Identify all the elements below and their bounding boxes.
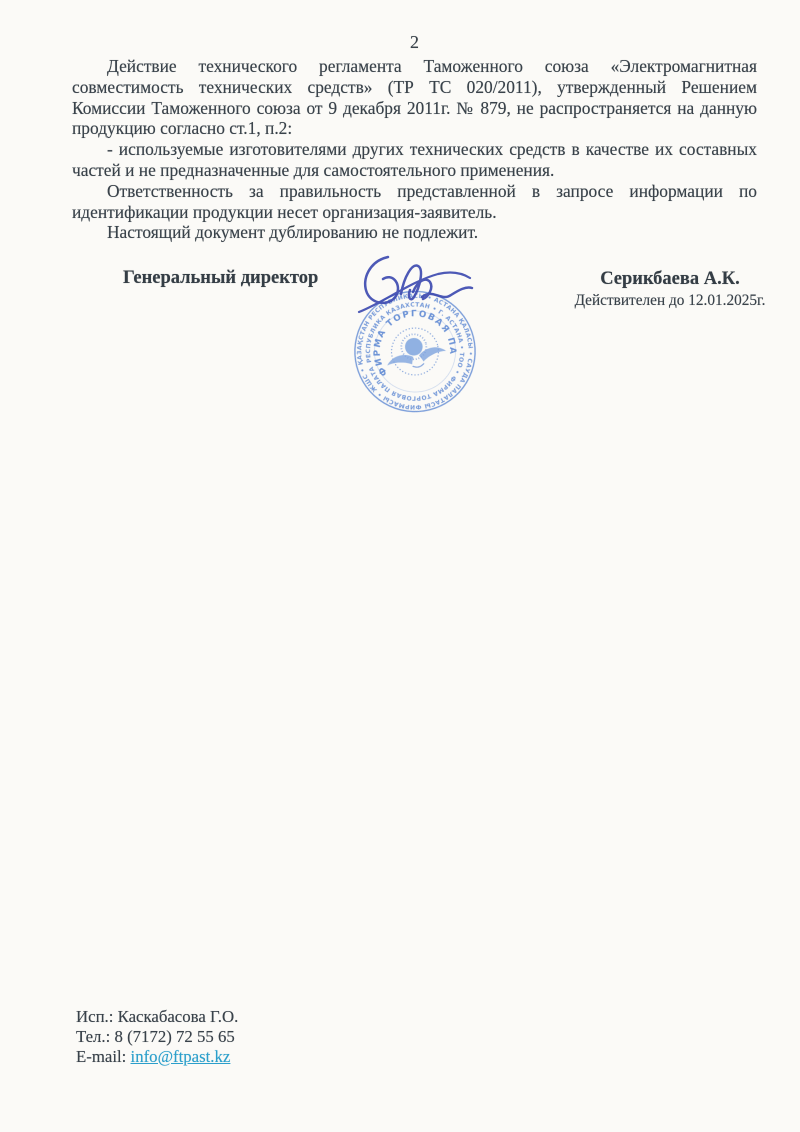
executor-line: Исп.: Каскабасова Г.О. — [76, 1007, 238, 1027]
document-body: 2 Действие технического регламента Тамож… — [72, 30, 757, 243]
page-number: 2 — [72, 30, 757, 54]
paragraph-list-item: - используемые изготовителями других тех… — [72, 139, 757, 181]
email-label: E-mail: — [76, 1047, 126, 1066]
handwritten-signature-icon — [356, 252, 474, 318]
validity-note: Действителен до 12.01.2025г. — [560, 292, 780, 310]
signer-title: Генеральный директор — [123, 268, 318, 289]
email-link[interactable]: info@ftpast.kz — [131, 1047, 231, 1066]
footer-contacts: Исп.: Каскабасова Г.О. Тел.: 8 (7172) 72… — [76, 1007, 238, 1066]
phone-line: Тел.: 8 (7172) 72 55 65 — [76, 1027, 238, 1047]
signer-name: Серикбаева А.К. — [560, 269, 780, 290]
paragraph-regulation: Действие технического регламента Таможен… — [72, 56, 757, 139]
signer-block: Серикбаева А.К. Действителен до 12.01.20… — [560, 269, 780, 310]
paragraph-no-duplication: Настоящий документ дублированию не подле… — [72, 222, 757, 243]
scanned-document-page: 2 Действие технического регламента Тамож… — [0, 0, 800, 1132]
email-line: E-mail: info@ftpast.kz — [76, 1047, 238, 1067]
paragraph-responsibility: Ответственность за правильность представ… — [72, 181, 757, 223]
